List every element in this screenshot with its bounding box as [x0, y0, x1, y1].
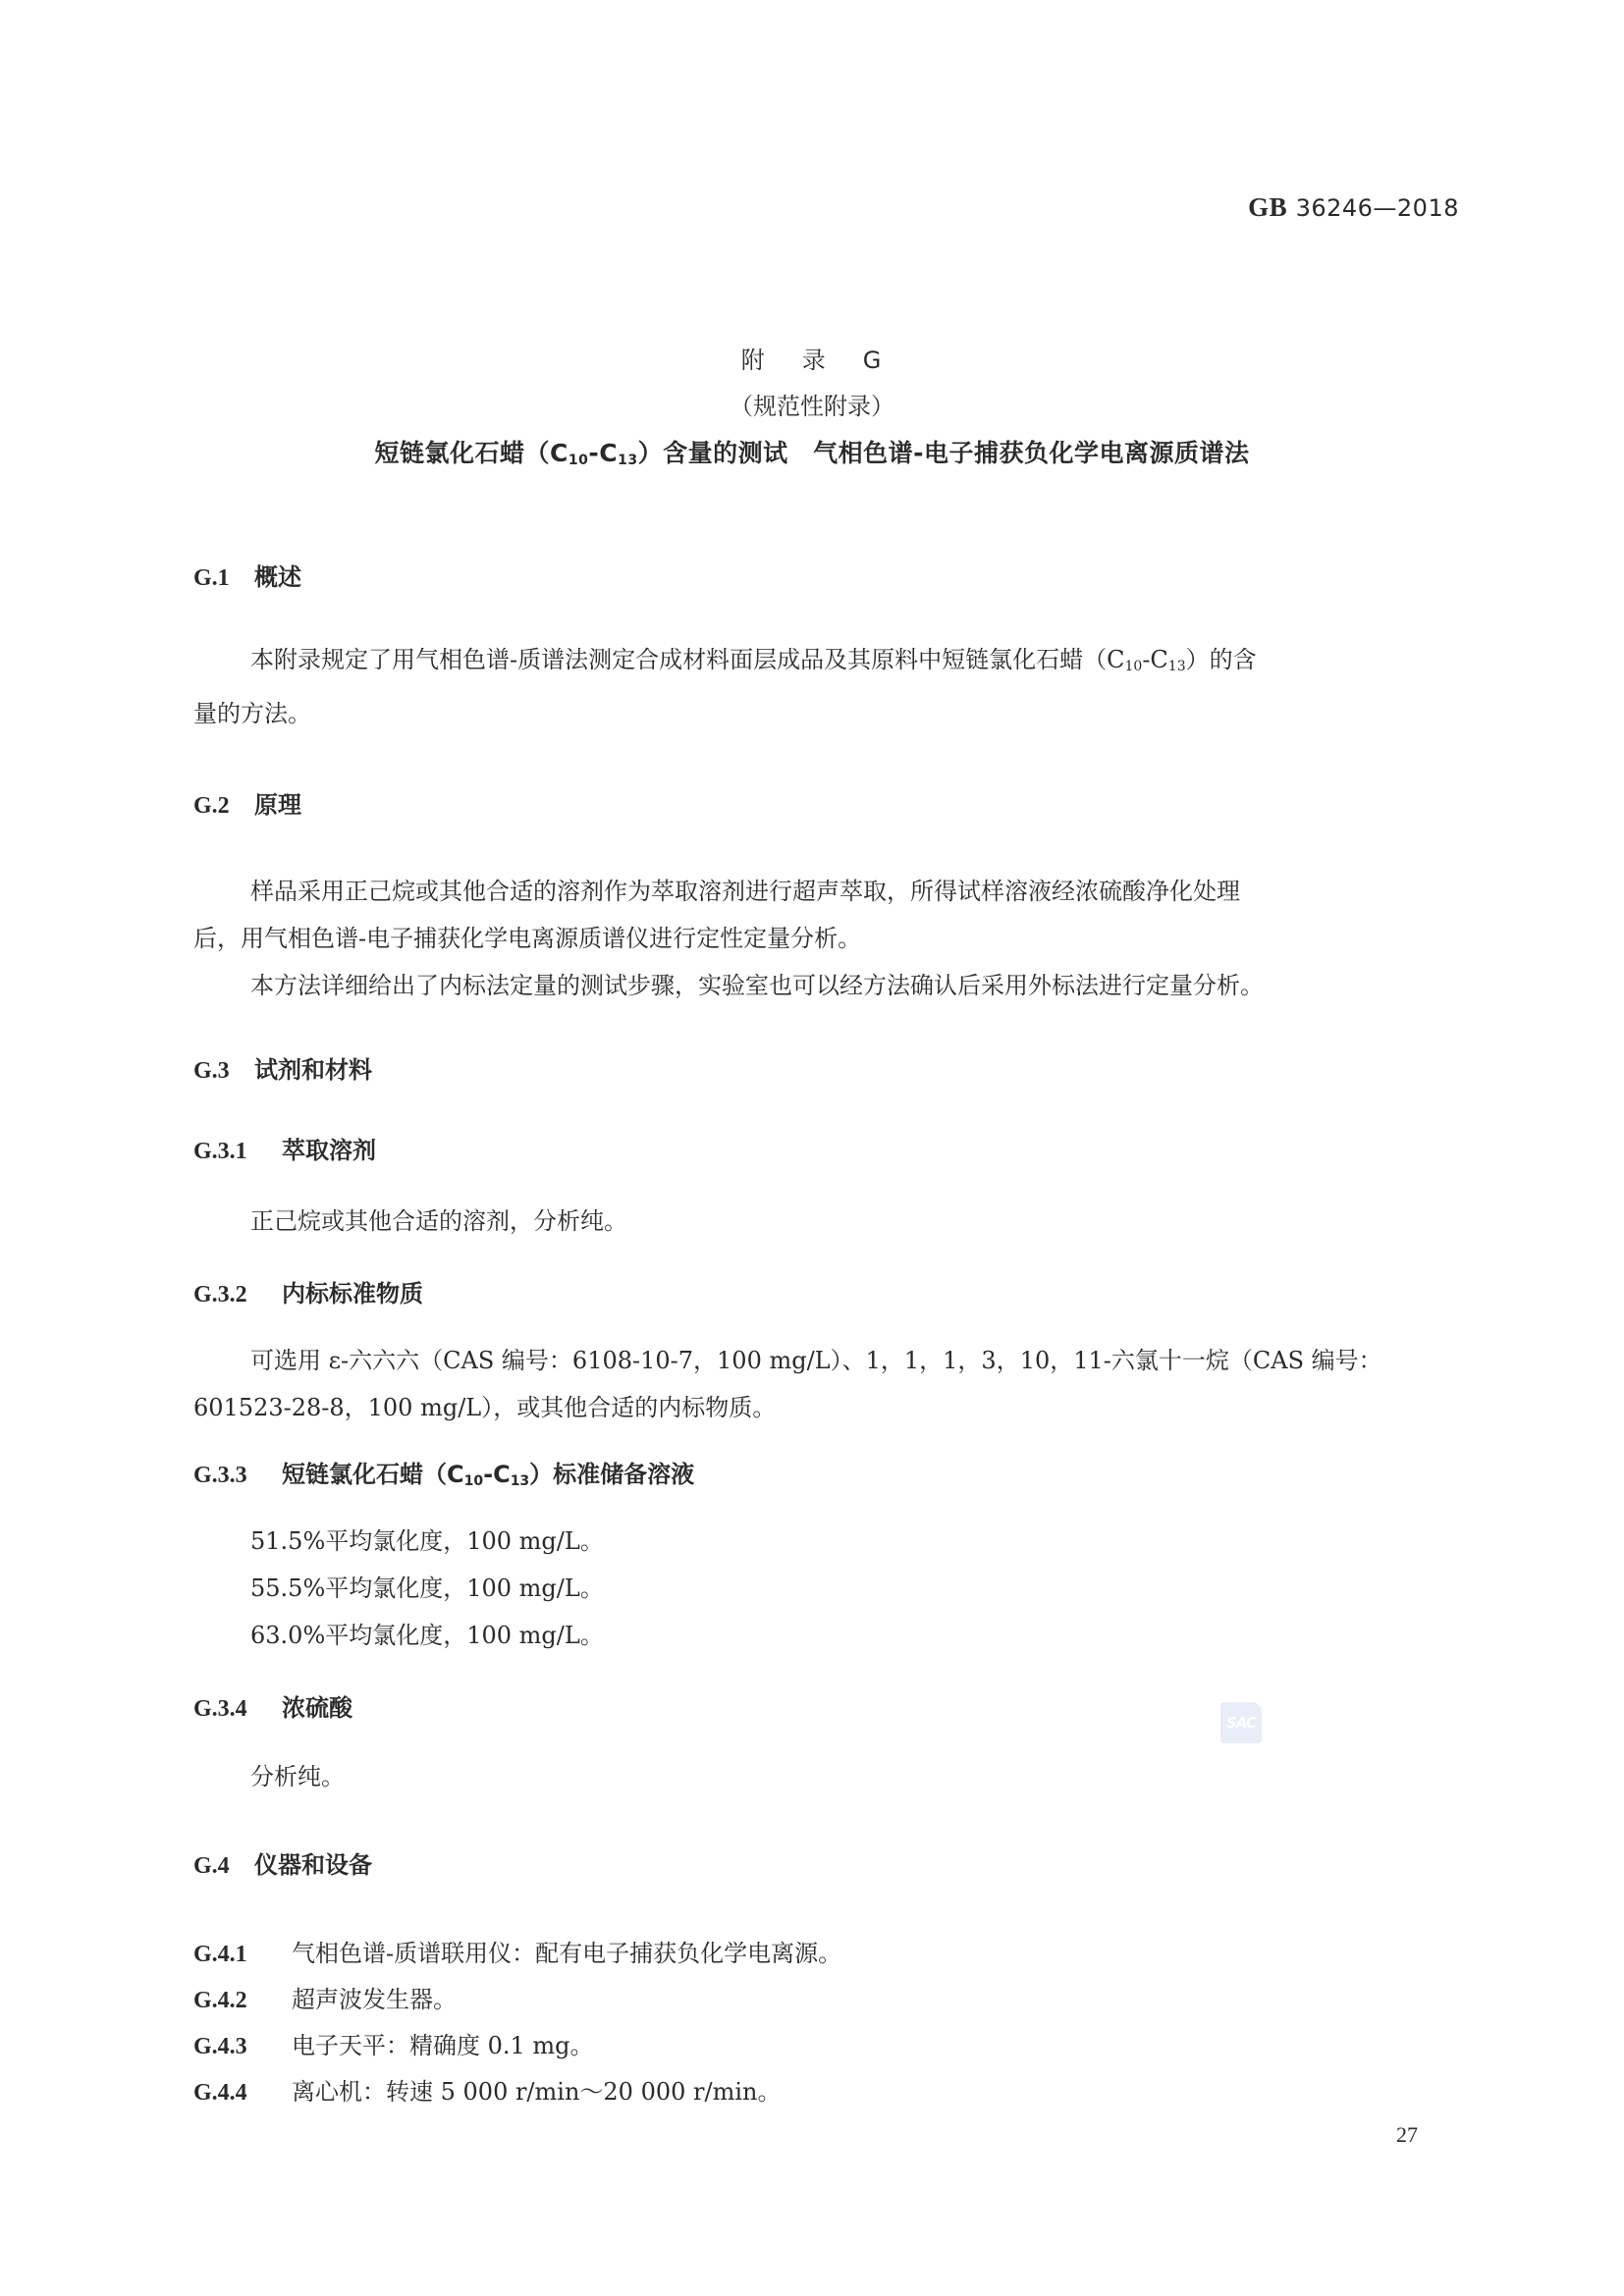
sac-watermark-logo: SAC — [1220, 1702, 1262, 1743]
subsection-heading-g31: G.3.1萃取溶剂 — [193, 1131, 376, 1165]
annex-label-char: 录 — [802, 341, 828, 375]
page-number: 27 — [1396, 2122, 1418, 2148]
subscript: 10 — [568, 453, 588, 468]
list-item: 55.5%平均氯化度，100 mg/L。 — [193, 1565, 1470, 1612]
list-item: 51.5%平均氯化度，100 mg/L。 — [193, 1518, 1470, 1565]
annex-name-part: 短链氯化石蜡（C — [375, 439, 568, 467]
annex-title: 附录G — [0, 341, 1624, 375]
section-title: 仪器和设备 — [254, 1851, 372, 1879]
section-title: 萃取溶剂 — [282, 1137, 376, 1164]
section-title: 短链氯化石蜡（C — [282, 1461, 464, 1488]
annex-name-part: ）含量的测试 气相色谱-电子捕获负化学电离源质谱法 — [638, 439, 1250, 467]
item-text: 电子天平：精确度 0.1 mg。 — [292, 2032, 594, 2059]
subsection-heading-g32: G.3.2内标标准物质 — [193, 1274, 423, 1308]
item-number: G.4.2 — [193, 1988, 292, 2014]
section-heading-g2: G.2原理 — [193, 785, 301, 820]
subscript: 13 — [618, 453, 637, 468]
paragraph-g2: 样品采用正己烷或其他合适的溶剂作为萃取溶剂进行超声萃取，所得试样溶液经浓硫酸净化… — [193, 868, 1470, 1009]
equipment-item: G.4.4离心机：转速 5 000 r/min～20 000 r/min。 — [193, 2072, 781, 2107]
section-heading-g4: G.4仪器和设备 — [193, 1845, 372, 1880]
item-number: G.4.1 — [193, 1942, 292, 1968]
section-number: G.3 — [193, 1058, 254, 1085]
section-number: G.3.1 — [193, 1139, 282, 1165]
section-number: G.1 — [193, 565, 254, 592]
section-number: G.4 — [193, 1853, 254, 1880]
subscript: 10 — [1124, 659, 1142, 674]
section-number: G.2 — [193, 793, 254, 820]
annex-label-char: 附 — [741, 341, 767, 375]
subsection-heading-g34: G.3.4浓硫酸 — [193, 1688, 352, 1723]
section-number: G.3.3 — [193, 1463, 282, 1489]
text-part: -C — [1142, 646, 1167, 673]
section-title: 概述 — [254, 563, 301, 591]
equipment-item: G.4.1气相色谱-质谱联用仪：配有电子捕获负化学电离源。 — [193, 1934, 841, 1968]
standard-number: 36246—2018 — [1296, 194, 1459, 222]
equipment-item: G.4.3电子天平：精确度 0.1 mg。 — [193, 2026, 594, 2060]
paragraph-g32: 可选用 ε-六六六（CAS 编号：6108-10-7，100 mg/L）、1，1… — [193, 1337, 1470, 1431]
section-title: 内标标准物质 — [282, 1280, 423, 1308]
paragraph-line: 样品采用正己烷或其他合适的溶剂作为萃取溶剂进行超声萃取，所得试样溶液经浓硫酸净化… — [193, 868, 1470, 915]
paragraph-g31: 正己烷或其他合适的溶剂，分析纯。 — [193, 1198, 1470, 1245]
subscript: 10 — [464, 1473, 483, 1489]
subscript: 13 — [1168, 659, 1186, 674]
section-number: G.3.2 — [193, 1282, 282, 1308]
item-number: G.4.3 — [193, 2034, 292, 2060]
section-title: 试剂和材料 — [254, 1056, 372, 1084]
annex-name-part: -C — [588, 439, 618, 467]
paragraph-line: 本附录规定了用气相色谱-质谱法测定合成材料面层成品及其原料中短链氯化石蜡（C10… — [193, 636, 1470, 690]
subsection-heading-g33: G.3.3短链氯化石蜡（C10-C13）标准储备溶液 — [193, 1455, 694, 1489]
standard-prefix: GB — [1248, 192, 1287, 222]
section-heading-g3: G.3试剂和材料 — [193, 1050, 372, 1085]
annex-letter: G — [863, 347, 884, 374]
paragraph-line: 正己烷或其他合适的溶剂，分析纯。 — [193, 1198, 1470, 1245]
section-title: 浓硫酸 — [282, 1694, 352, 1722]
list-g33: 51.5%平均氯化度，100 mg/L。 55.5%平均氯化度，100 mg/L… — [193, 1518, 1470, 1659]
item-text: 超声波发生器。 — [292, 1986, 457, 2013]
equipment-item: G.4.2超声波发生器。 — [193, 1980, 457, 2014]
section-number: G.3.4 — [193, 1696, 282, 1723]
paragraph-line: 本方法详细给出了内标法定量的测试步骤，实验室也可以经方法确认后采用外标法进行定量… — [193, 962, 1470, 1009]
section-title: ）标准储备溶液 — [529, 1461, 694, 1488]
item-number: G.4.4 — [193, 2080, 292, 2107]
standard-code: GB 36246—2018 — [1248, 192, 1459, 223]
item-text: 气相色谱-质谱联用仪：配有电子捕获负化学电离源。 — [292, 1940, 841, 1967]
paragraph-g34: 分析纯。 — [193, 1753, 1470, 1800]
text-part: 本附录规定了用气相色谱-质谱法测定合成材料面层成品及其原料中短链氯化石蜡（C — [250, 646, 1124, 673]
paragraph-line: 601523-28-8，100 mg/L），或其他合适的内标物质。 — [193, 1384, 1470, 1431]
text-part: ）的含 — [1186, 646, 1257, 673]
section-title: 原理 — [254, 791, 301, 819]
item-text: 离心机：转速 5 000 r/min～20 000 r/min。 — [292, 2078, 781, 2106]
paragraph-line: 后，用气相色谱-电子捕获化学电离源质谱仪进行定性定量分析。 — [193, 915, 1470, 962]
annex-type: （规范性附录） — [0, 387, 1624, 421]
section-heading-g1: G.1概述 — [193, 558, 301, 592]
subscript: 13 — [511, 1473, 529, 1489]
section-title: -C — [483, 1461, 511, 1488]
paragraph-line: 分析纯。 — [193, 1753, 1470, 1800]
paragraph-line: 可选用 ε-六六六（CAS 编号：6108-10-7，100 mg/L）、1，1… — [193, 1337, 1470, 1384]
list-item: 63.0%平均氯化度，100 mg/L。 — [193, 1612, 1470, 1659]
paragraph-g1: 本附录规定了用气相色谱-质谱法测定合成材料面层成品及其原料中短链氯化石蜡（C10… — [193, 636, 1470, 737]
annex-name: 短链氯化石蜡（C10-C13）含量的测试 气相色谱-电子捕获负化学电离源质谱法 — [0, 434, 1624, 469]
paragraph-line: 量的方法。 — [193, 690, 1470, 737]
